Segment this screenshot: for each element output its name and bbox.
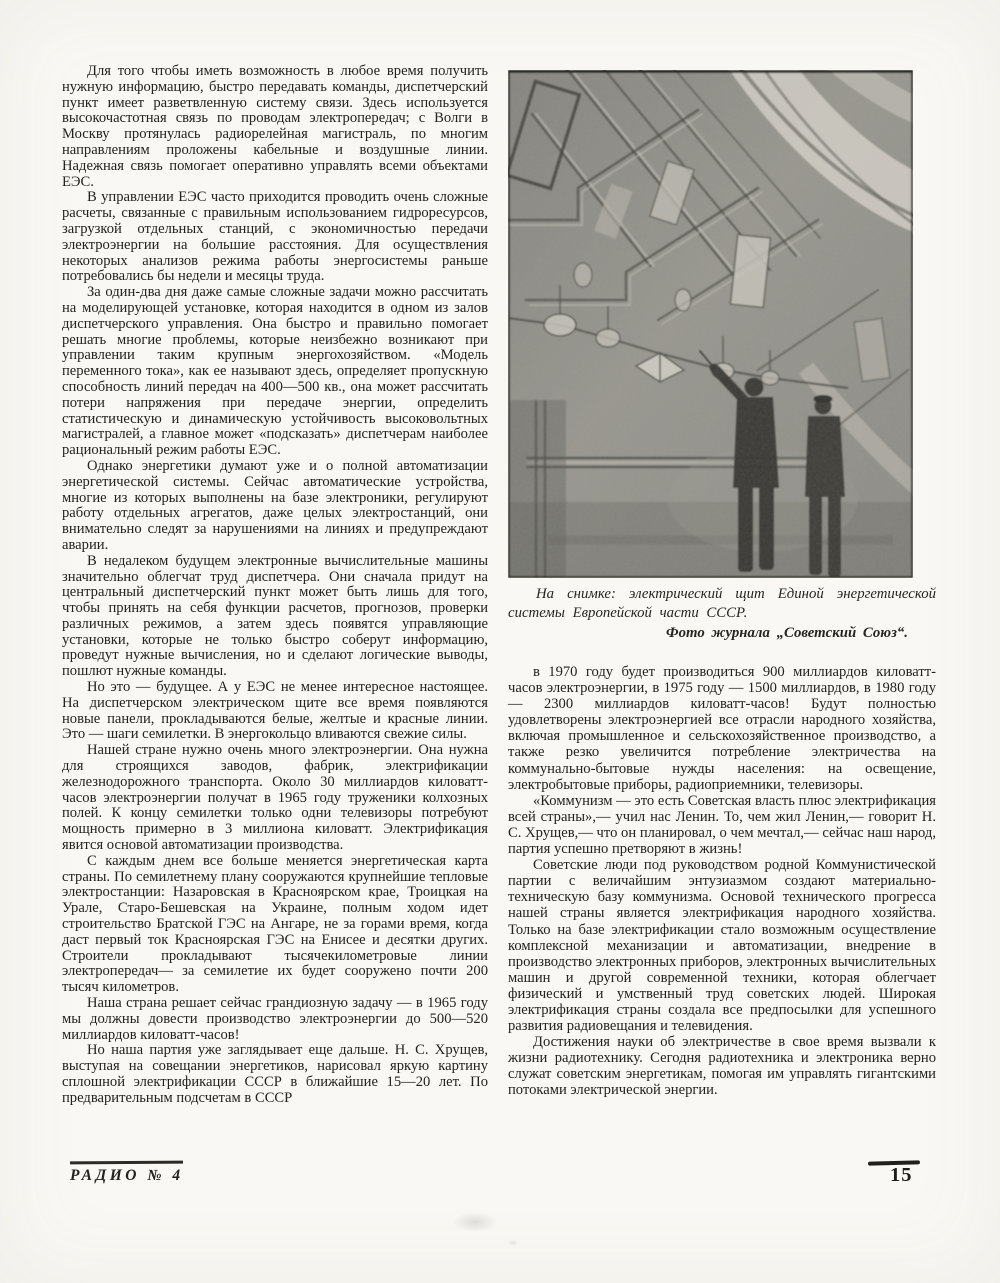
- photo-control-board: [508, 70, 913, 578]
- paragraph: «Коммунизм — это есть Советская власть п…: [508, 793, 936, 857]
- paragraph: Но это — будущее. А у ЕЭС не менее интер…: [62, 680, 488, 743]
- left-column: Для того чтобы иметь возможность в любое…: [62, 64, 488, 1107]
- paragraph: Советские люди под руководством родной К…: [508, 857, 936, 1034]
- journal-issue-label: РАДИО № 4: [70, 1167, 184, 1185]
- scan-speck: [452, 1212, 498, 1232]
- caption-text: На снимке: электрический щит Единой энер…: [508, 585, 936, 623]
- paragraph: Но наша партия уже заглядывает еще дальш…: [62, 1043, 488, 1106]
- paragraph: Однако энергетики думают уже и о полной …: [62, 459, 488, 554]
- paragraph: Наша страна решает сейчас грандиозную за…: [62, 996, 488, 1043]
- paragraph: В управлении ЕЭС часто приходится провод…: [62, 190, 488, 285]
- scan-speck: [508, 1240, 518, 1246]
- paragraph: Нашей стране нужно очень много электроэн…: [62, 743, 488, 854]
- paragraph: За один-два дня даже самые сложные задач…: [62, 285, 488, 459]
- paragraph: в 1970 году будет производиться 900 милл…: [508, 664, 936, 793]
- paragraph: Для того чтобы иметь возможность в любое…: [62, 64, 488, 190]
- paragraph: С каждым днем все больше меняется энерге…: [62, 854, 488, 996]
- photo-illustration: [508, 70, 913, 578]
- photo-caption: На снимке: электрический щит Единой энер…: [508, 585, 936, 643]
- page-number: 15: [890, 1164, 913, 1187]
- right-column: в 1970 году будет производиться 900 милл…: [508, 664, 936, 1099]
- halftone-grain: [508, 70, 913, 578]
- caption-credit: Фото журнала „Советский Союз“.: [508, 624, 936, 643]
- photo-scene: [508, 70, 913, 578]
- paragraph: Достижения науки об электричестве в свое…: [508, 1034, 936, 1098]
- footer-rule-left: [70, 1161, 183, 1164]
- paragraph: В недалеком будущем электронные вычислит…: [62, 554, 488, 680]
- magazine-page: Для того чтобы иметь возможность в любое…: [0, 0, 1000, 1283]
